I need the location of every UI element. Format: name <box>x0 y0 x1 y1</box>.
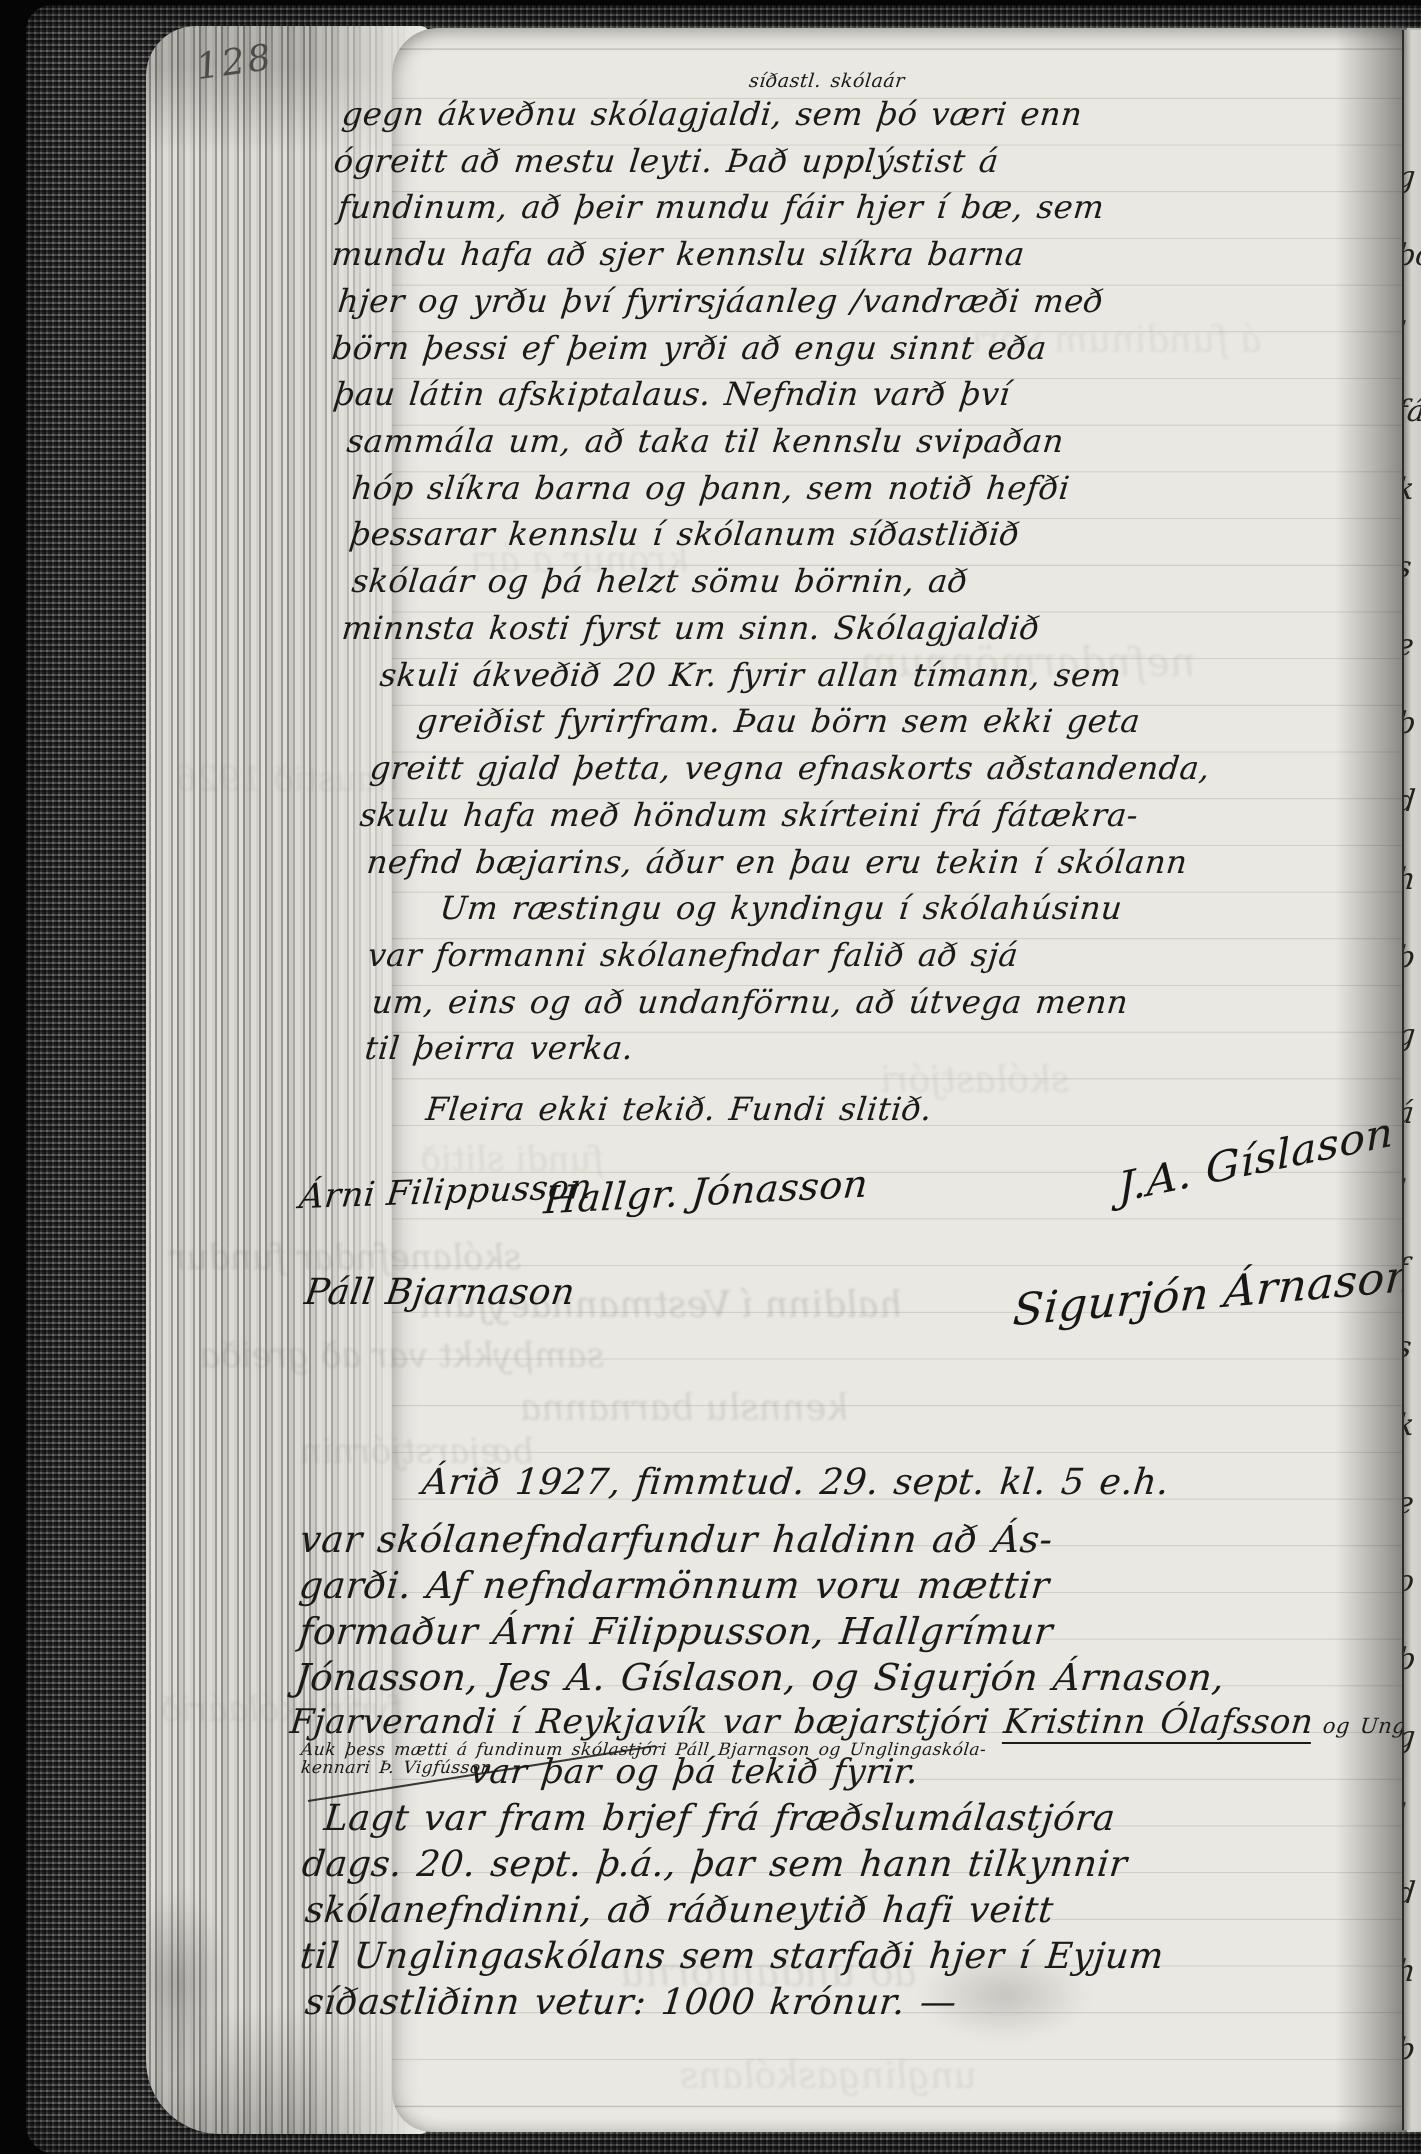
manuscript-line: fundinum, að þeir mundu fáir hjer í bæ, … <box>336 188 1106 226</box>
manuscript-line: gegn ákveðnu skólagjaldi, sem þó væri en… <box>340 95 1084 133</box>
manuscript-line: dags. 20. sept. þ.á., þar sem hann tilky… <box>300 1844 1129 1885</box>
manuscript-line: skólanefndinni, að ráðuneytið hafi veitt <box>303 1890 1056 1931</box>
manuscript-line: sammála um, að taka til kennslu svipaðan <box>345 422 1066 460</box>
sliver-fragment: þ <box>1402 1642 1417 1677</box>
manuscript-line: var skólanefndarfundur haldinn að Ás- <box>298 1518 1055 1561</box>
sliver-fragment: fá <box>1402 394 1421 429</box>
manuscript-line: til þeirra verka. <box>363 1029 635 1067</box>
sliver-fragment: b <box>1402 940 1417 975</box>
manuscript-line: síðastliðinn vetur: 1000 krónur. — <box>303 1982 959 2023</box>
manuscript-line: Árið 1927, fimmtud. 29. sept. kl. 5 e.h. <box>420 1462 1171 1503</box>
manuscript-ink-layer: 128 síðastl. skólaár gegn ákveðnu skólag… <box>0 0 1421 2154</box>
gutter-shadow <box>1335 28 1407 2132</box>
manuscript-line: var formanni skólanefndar falið að sjá <box>366 936 1020 974</box>
signature: Páll Bjarnason <box>302 1272 578 1313</box>
sliver-fragment: d <box>1402 1876 1417 1911</box>
sliver-fragment: e <box>1402 628 1416 663</box>
entry1-closing-line: Fleira ekki tekið. Fundi slitið. <box>424 1090 934 1128</box>
sliver-fragment: l <box>1402 316 1407 351</box>
sliver-fragment: k <box>1402 472 1416 507</box>
sliver-fragment: d <box>1402 784 1417 819</box>
manuscript-line: um, eins og að undanförnu, að útvega men… <box>370 983 1130 1021</box>
manuscript-line: þau látin afskiptalaus. Nefndin varð því <box>332 375 1012 413</box>
manuscript-line: skólaár og þá helzt sömu börnin, að <box>350 562 970 600</box>
manuscript-line: Um ræstingu og kyndingu í skólahúsinu <box>438 889 1124 927</box>
absentee-prefix: Fjarverandi í Reykjavík var bæjarstjóri <box>288 1702 1006 1742</box>
manuscript-line: skuli ákveðið 20 Kr. fyrir allan tímann,… <box>378 656 1124 694</box>
manuscript-line: skulu hafa með höndum skírteini frá fátæ… <box>358 796 1140 834</box>
manuscript-line: ógreitt að mestu leyti. Það upplýstist á <box>332 142 1001 180</box>
manuscript-line: nefnd bæjarins, áður en þau eru tekin í … <box>365 843 1189 881</box>
facing-page-sliver: gþólfákseþdhbgálfskeoþgldhb <box>1402 30 1421 2130</box>
manuscript-line: greiðist fyrirfram. Þau börn sem ekki ge… <box>415 702 1142 740</box>
sliver-fragment: h <box>1402 862 1417 897</box>
manuscript-line: Jónasson, Jes A. Gíslason, og Sigurjón Á… <box>293 1656 1227 1699</box>
sliver-fragment: á <box>1402 1096 1416 1131</box>
sliver-fragment: þó <box>1402 238 1421 273</box>
page-number: 128 <box>194 37 277 88</box>
manuscript-line: minnsta kosti fyrst um sinn. Skólagjaldi… <box>340 609 1042 647</box>
absentee-name: Kristinn Ólafsson <box>1002 1702 1316 1744</box>
sliver-fragment: g <box>1402 160 1417 195</box>
sliver-fragment: b <box>1402 2032 1417 2067</box>
sliver-fragment: h <box>1402 1954 1417 1989</box>
sliver-fragment: s <box>1402 1330 1413 1365</box>
manuscript-line: börn þessi ef þeim yrði að engu sinnt eð… <box>330 329 1049 367</box>
sliver-fragment: l <box>1402 1174 1407 1209</box>
sliver-fragment: f <box>1402 1252 1409 1287</box>
manuscript-line: mundu hafa að sjer kennslu slíkra barna <box>330 235 1027 273</box>
manuscript-line: Lagt var fram brjef frá fræðslumálastjór… <box>322 1798 1117 1839</box>
manuscript-line: greitt gjald þetta, vegna efnaskorts aðs… <box>368 749 1212 787</box>
sliver-fragment: s <box>1402 550 1413 585</box>
entry2-resumed-line: var þar og þá tekið fyrir. <box>468 1752 921 1792</box>
scanned-ledger-page: skólanefndar fundurhaldinn í Vestmannaey… <box>0 0 1421 2154</box>
sliver-fragment: o <box>1402 1564 1416 1599</box>
manuscript-line: garði. Af nefndarmönnum voru mættir <box>297 1564 1052 1607</box>
manuscript-line: formaður Árni Filippusson, Hallgrímur <box>297 1610 1055 1653</box>
sliver-fragment: k <box>1402 1408 1416 1443</box>
sliver-fragment: l <box>1402 1798 1407 1833</box>
sliver-fragment: g <box>1402 1018 1417 1053</box>
sliver-fragment: e <box>1402 1486 1416 1521</box>
manuscript-line: til Unglingaskólans sem starfaði hjer í … <box>298 1936 1166 1977</box>
manuscript-line: hjer og yrðu því fyrirsjáanleg /vandræði… <box>336 282 1106 320</box>
manuscript-line: þessarar kennslu í skólanum síðastliðið <box>348 515 1022 553</box>
entry2-absentee-line: Fjarverandi í Reykjavík var bæjarstjóri … <box>288 1702 1421 1742</box>
sliver-fragment: þ <box>1402 706 1417 741</box>
sliver-fragment: g <box>1402 1720 1417 1755</box>
manuscript-line: hóp slíkra barna og þann, sem notið hefð… <box>350 469 1072 507</box>
marginal-insertion-note: síðastl. skólaár <box>748 70 906 92</box>
